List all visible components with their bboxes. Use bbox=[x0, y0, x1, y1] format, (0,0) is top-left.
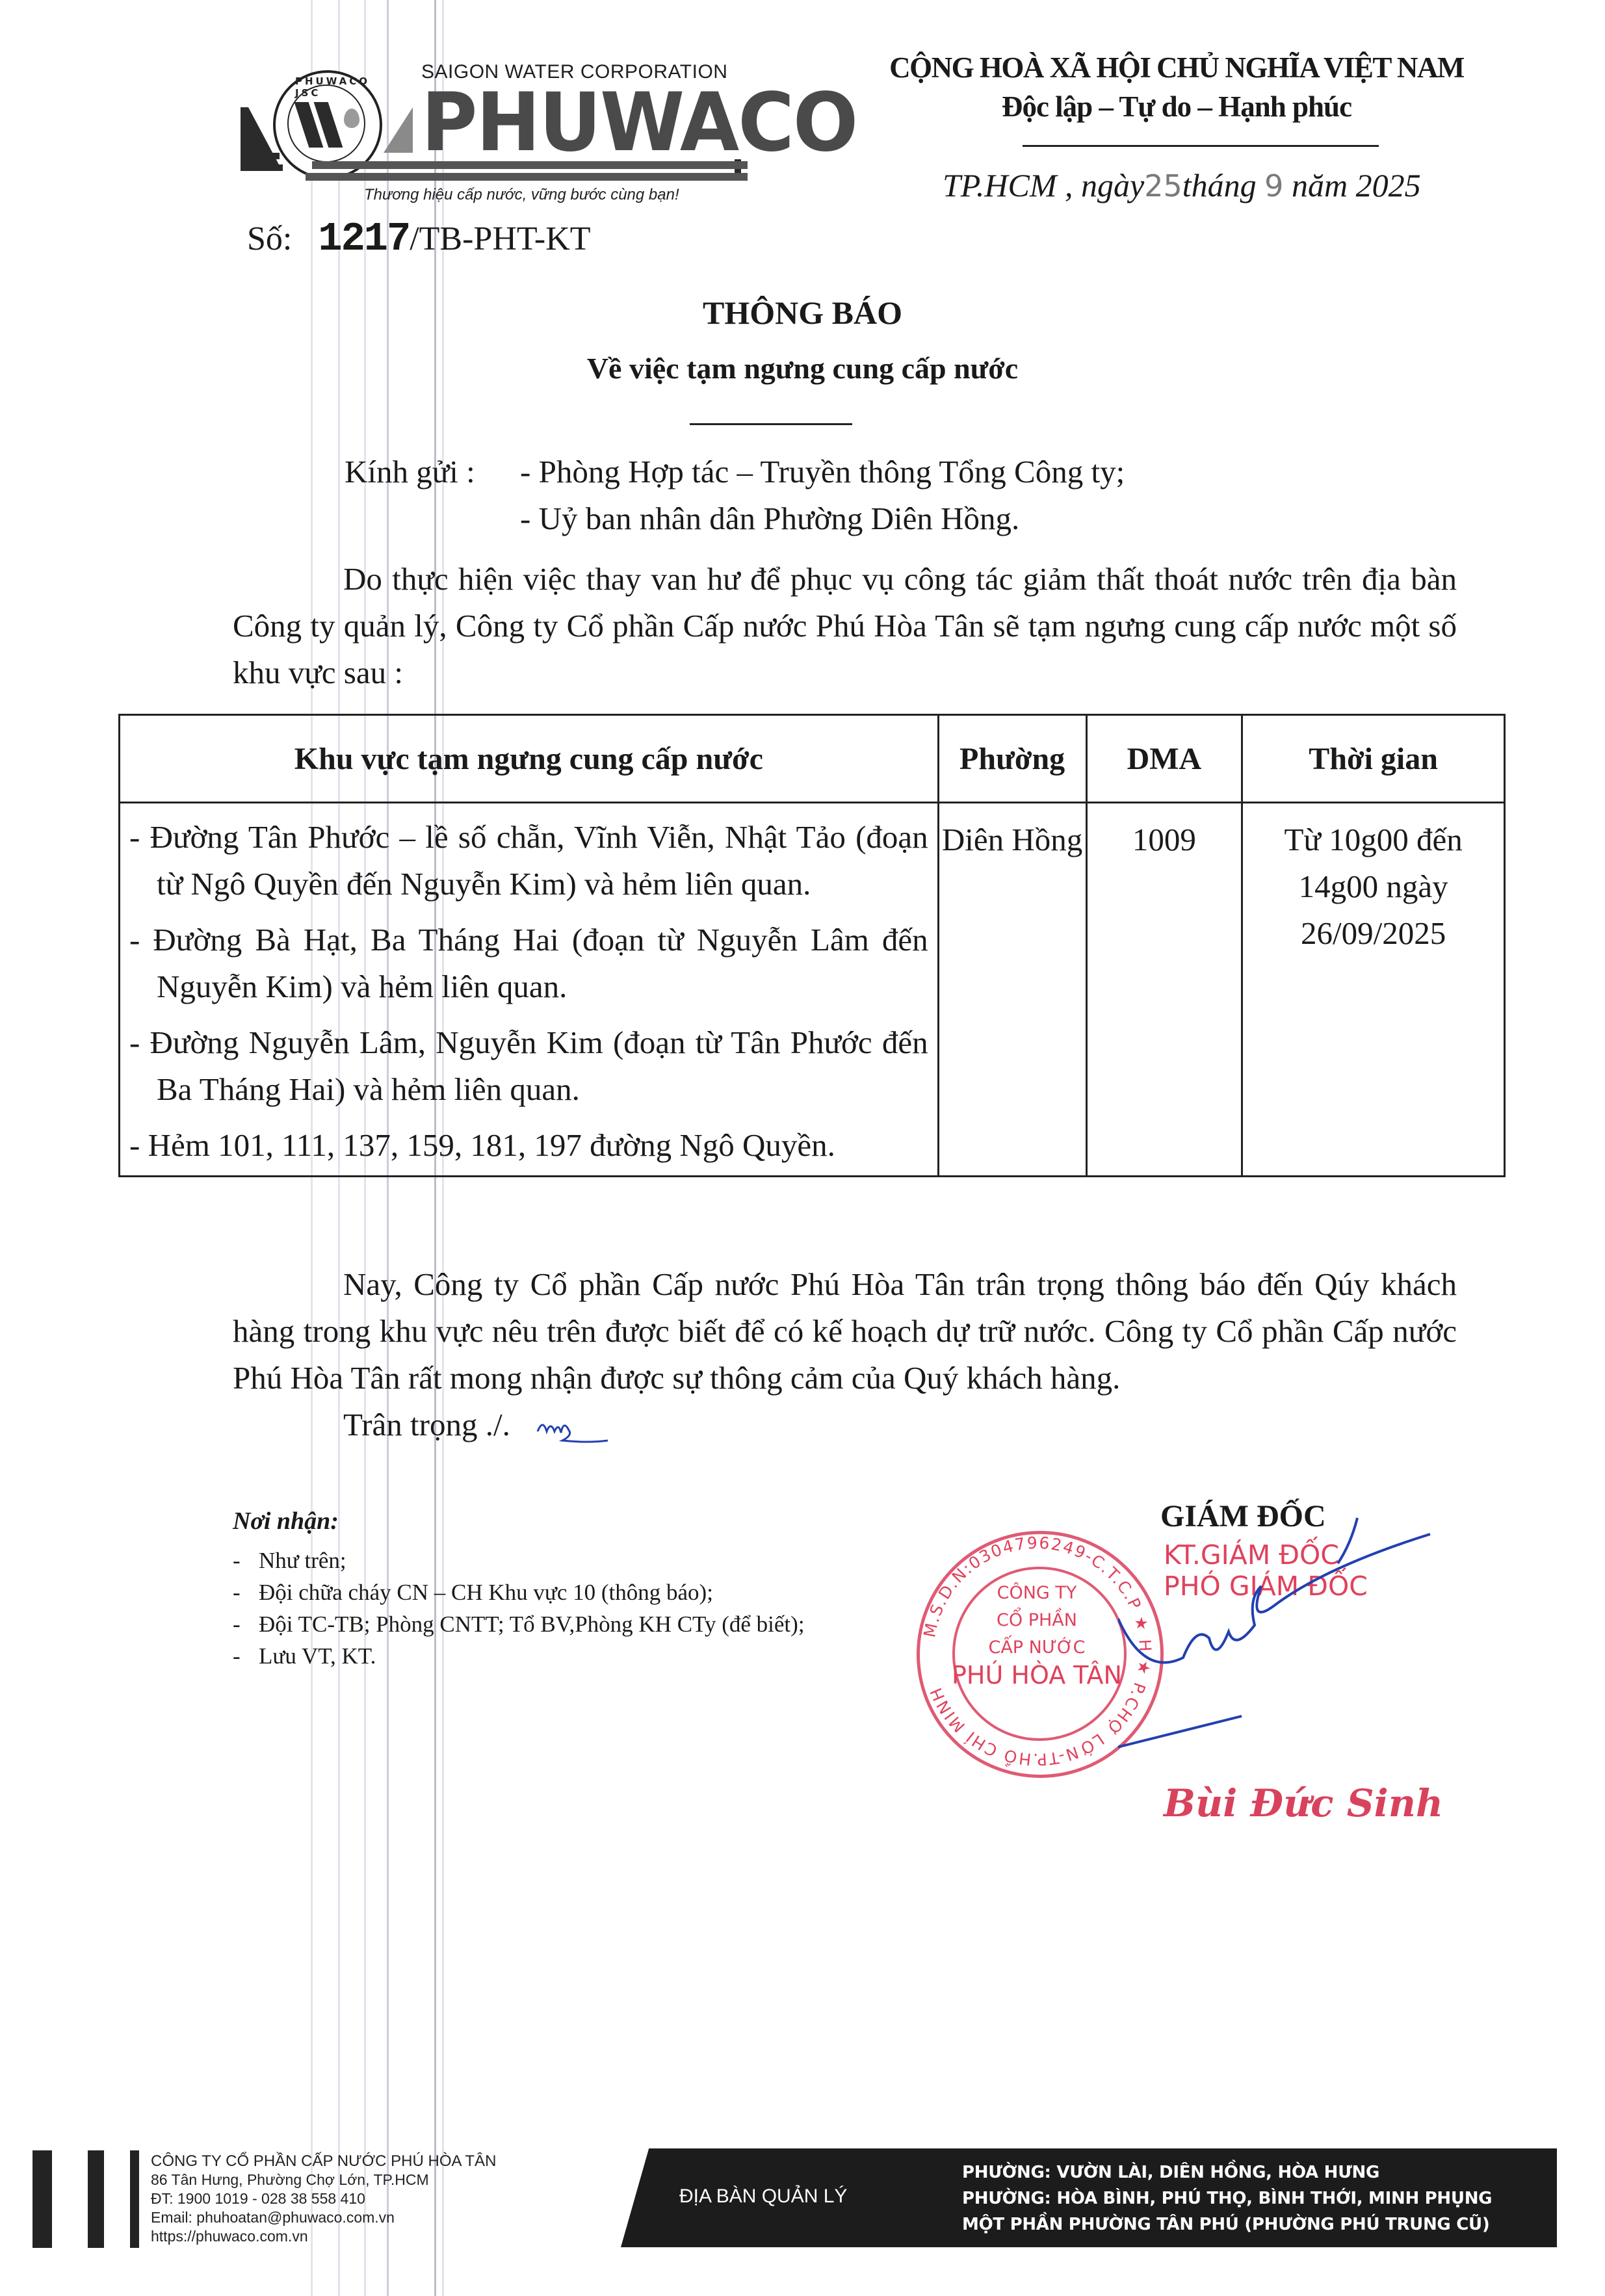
cell-dma: 1009 bbox=[1086, 803, 1242, 1177]
footer-area-label: ĐỊA BÀN QUẢN LÝ bbox=[679, 2185, 847, 2208]
document-date: TP.HCM , ngày25tháng 9 năm 2025 bbox=[943, 166, 1421, 204]
document-title: THÔNG BÁO bbox=[0, 294, 1605, 332]
area-item: - Đường Nguyễn Lâm, Nguyễn Kim (đoạn từ … bbox=[129, 1019, 928, 1113]
footer-bar bbox=[88, 2150, 104, 2248]
footer-company-info: CÔNG TY CỔ PHẦN CẤP NƯỚC PHÚ HÒA TÂN 86 … bbox=[151, 2152, 496, 2246]
table-header-row: Khu vực tạm ngưng cung cấp nước Phường D… bbox=[120, 715, 1505, 803]
recipients-label: Kính gửi : bbox=[345, 449, 520, 495]
date-day-label: ngày bbox=[1081, 167, 1144, 203]
col-header-ward: Phường bbox=[938, 715, 1086, 803]
footer-bar bbox=[130, 2150, 139, 2248]
footer-bar bbox=[33, 2150, 52, 2248]
water-drop-icon bbox=[344, 109, 359, 128]
area-item: - Đường Tân Phước – lề số chẵn, Vĩnh Viễ… bbox=[129, 814, 928, 907]
footer-website[interactable]: https://phuwaco.com.vn bbox=[151, 2227, 496, 2246]
closing-paragraph: Nay, Công ty Cổ phần Cấp nước Phú Hòa Tâ… bbox=[233, 1261, 1457, 1448]
distribution-item-text: Như trên; bbox=[259, 1545, 346, 1576]
footer-ward-line: MỘT PHẦN PHƯỜNG TÂN PHÚ (PHƯỜNG PHÚ TRUN… bbox=[962, 2211, 1492, 2237]
distribution-item: -Đội chữa cháy CN – CH Khu vực 10 (thông… bbox=[233, 1576, 805, 1608]
cell-ward: Diên Hồng bbox=[938, 803, 1086, 1177]
intro-paragraph: Do thực hiện việc thay van hư để phục vụ… bbox=[233, 556, 1457, 696]
area-item: - Hẻm 101, 111, 137, 159, 181, 197 đường… bbox=[129, 1122, 928, 1169]
national-motto: Độc lập – Tự do – Hạnh phúc bbox=[878, 90, 1476, 124]
doc-number-value: 1217 bbox=[318, 216, 410, 262]
footer-address: 86 Tân Hưng, Phường Chợ Lớn, TP.HCM bbox=[151, 2171, 496, 2189]
date-place: TP.HCM , bbox=[943, 167, 1073, 203]
doc-number-suffix: /TB-PHT-KT bbox=[410, 220, 590, 257]
area-item: - Đường Bà Hạt, Ba Tháng Hai (đoạn từ Ng… bbox=[129, 917, 928, 1010]
logo-tagline: Thương hiệu cấp nước, vững bước cùng bạn… bbox=[364, 186, 679, 204]
date-day: 25 bbox=[1144, 168, 1182, 203]
recipient-item: - Uỷ ban nhân dân Phường Diên Hồng. bbox=[520, 495, 1125, 542]
logo-bar bbox=[306, 173, 748, 181]
table-row: - Đường Tân Phước – lề số chẵn, Vĩnh Viễ… bbox=[120, 803, 1505, 1177]
logo-left-stripe bbox=[241, 153, 280, 159]
date-year: 2025 bbox=[1356, 167, 1421, 203]
col-header-dma: DMA bbox=[1086, 715, 1242, 803]
cell-areas: - Đường Tân Phước – lề số chẵn, Vĩnh Viễ… bbox=[120, 803, 939, 1177]
document-subtitle: Về việc tạm ngưng cung cấp nước bbox=[0, 351, 1605, 385]
date-year-label: năm bbox=[1292, 167, 1348, 203]
distribution-item-text: Đội TC-TB; Phòng CNTT; Tổ BV,Phòng KH CT… bbox=[259, 1608, 805, 1640]
col-header-area: Khu vực tạm ngưng cung cấp nước bbox=[120, 715, 939, 803]
motto-underline bbox=[1023, 145, 1379, 147]
distribution-item-text: Lưu VT, KT. bbox=[259, 1640, 376, 1672]
logo-left-stripe bbox=[241, 164, 283, 171]
footer-company-name: CÔNG TY CỔ PHẦN CẤP NƯỚC PHÚ HÒA TÂN bbox=[151, 2152, 496, 2171]
col-header-time: Thời gian bbox=[1242, 715, 1505, 803]
regards-text: Trân trọng ./. bbox=[343, 1407, 510, 1442]
footer-wards: PHƯỜNG: VƯỜN LÀI, DIÊN HỒNG, HÒA HƯNG PH… bbox=[962, 2159, 1492, 2237]
signer-name: Bùi Đức Sinh bbox=[1164, 1781, 1443, 1825]
emblem-top-text: PHUWACO JSC bbox=[295, 75, 380, 99]
logo-bar bbox=[312, 161, 748, 169]
recipient-item: - Phòng Hợp tác – Truyền thông Tổng Công… bbox=[520, 449, 1125, 495]
outage-table: Khu vực tạm ngưng cung cấp nước Phường D… bbox=[118, 714, 1506, 1177]
document-number: Số:1217/TB-PHT-KT bbox=[247, 216, 591, 262]
distribution-item: -Như trên; bbox=[233, 1545, 805, 1576]
doc-number-label: Số: bbox=[247, 220, 292, 257]
distribution-item-text: Đội chữa cháy CN – CH Khu vực 10 (thông … bbox=[259, 1576, 713, 1608]
closing-regards: Trân trọng ./. bbox=[233, 1402, 1457, 1448]
distribution-item: -Lưu VT, KT. bbox=[233, 1640, 805, 1672]
footer-ward-line: PHƯỜNG: HÒA BÌNH, PHÚ THỌ, BÌNH THỚI, MI… bbox=[962, 2185, 1492, 2211]
logo-mid-triangle bbox=[384, 107, 413, 153]
date-month-label: tháng bbox=[1182, 167, 1257, 203]
logo-brand: PHUWACO bbox=[421, 85, 857, 160]
distribution-item: -Đội TC-TB; Phòng CNTT; Tổ BV,Phòng KH C… bbox=[233, 1608, 805, 1640]
footer-email[interactable]: Email: phuhoatan@phuwaco.com.vn bbox=[151, 2208, 496, 2227]
date-month: 9 bbox=[1264, 168, 1283, 203]
closing-text: Nay, Công ty Cổ phần Cấp nước Phú Hòa Tâ… bbox=[233, 1261, 1457, 1402]
footer-ward-line: PHƯỜNG: VƯỜN LÀI, DIÊN HỒNG, HÒA HƯNG bbox=[962, 2159, 1492, 2185]
intro-text: Do thực hiện việc thay van hư để phục vụ… bbox=[233, 556, 1457, 696]
distribution-label: Nơi nhận: bbox=[233, 1507, 339, 1535]
distribution-list: -Như trên; -Đội chữa cháy CN – CH Khu vự… bbox=[233, 1545, 805, 1672]
title-underline bbox=[690, 423, 852, 425]
footer-phone: ĐT: 1900 1019 - 028 38 558 410 bbox=[151, 2189, 496, 2208]
handwritten-signature-icon bbox=[1118, 1515, 1456, 1762]
recipients-block: Kính gửi : - Phòng Hợp tác – Truyền thôn… bbox=[345, 449, 1125, 542]
cell-time: Từ 10g00 đến 14g00 ngày 26/09/2025 bbox=[1242, 803, 1505, 1177]
national-title: CỘNG HOÀ XÃ HỘI CHỦ NGHĨA VIỆT NAM bbox=[878, 51, 1476, 85]
initials-signature-icon bbox=[531, 1412, 616, 1444]
